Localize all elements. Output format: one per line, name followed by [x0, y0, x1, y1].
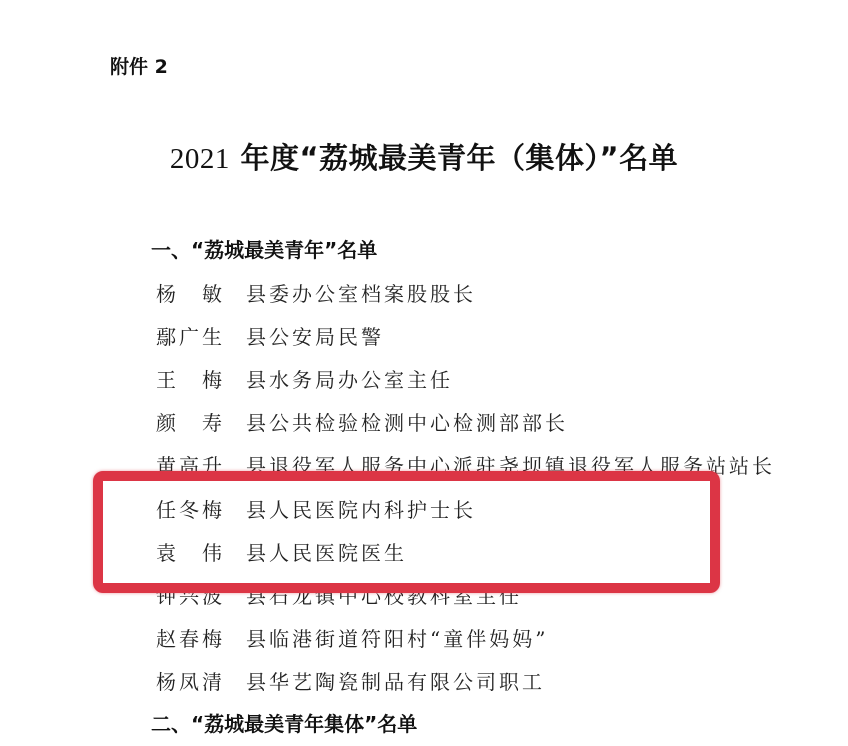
- person-role: 县公共检验检测中心检测部部长: [246, 407, 568, 436]
- person-role: 县公安局民警: [246, 321, 384, 350]
- person-role: 县水务局办公室主任: [246, 364, 453, 393]
- document-title: 2021 年度“荔城最美青年（集体）”名单: [0, 136, 848, 177]
- person-name: 赵春梅: [156, 623, 246, 652]
- list-item: 赵春梅县临港街道符阳村“童伴妈妈”: [156, 623, 548, 653]
- person-name: 王 梅: [156, 364, 246, 393]
- section-heading-individuals: 一、“荔城最美青年”名单: [151, 234, 377, 263]
- attachment-label: 附件 2: [110, 52, 168, 79]
- list-item: 王 梅县水务局办公室主任: [156, 364, 453, 394]
- list-item: 颜 寿县公共检验检测中心检测部部长: [156, 407, 568, 437]
- person-name: 杨凤清: [156, 666, 246, 695]
- list-item: 杨凤清县华艺陶瓷制品有限公司职工: [156, 666, 545, 696]
- section-heading-collectives: 二、“荔城最美青年集体”名单: [151, 708, 417, 737]
- person-name: 杨 敏: [156, 278, 246, 307]
- person-role: 县临港街道符阳村“童伴妈妈”: [246, 623, 548, 652]
- title-year: 2021: [170, 143, 230, 175]
- person-name: 鄢广生: [156, 321, 246, 350]
- list-item: 杨 敏县委办公室档案股股长: [156, 278, 476, 308]
- person-name: 颜 寿: [156, 407, 246, 436]
- title-text: 年度“荔城最美青年（集体）”名单: [230, 141, 678, 175]
- person-role: 县华艺陶瓷制品有限公司职工: [246, 666, 545, 695]
- person-role: 县委办公室档案股股长: [246, 278, 476, 307]
- red-highlight-box: [93, 471, 720, 593]
- list-item: 鄢广生县公安局民警: [156, 321, 384, 351]
